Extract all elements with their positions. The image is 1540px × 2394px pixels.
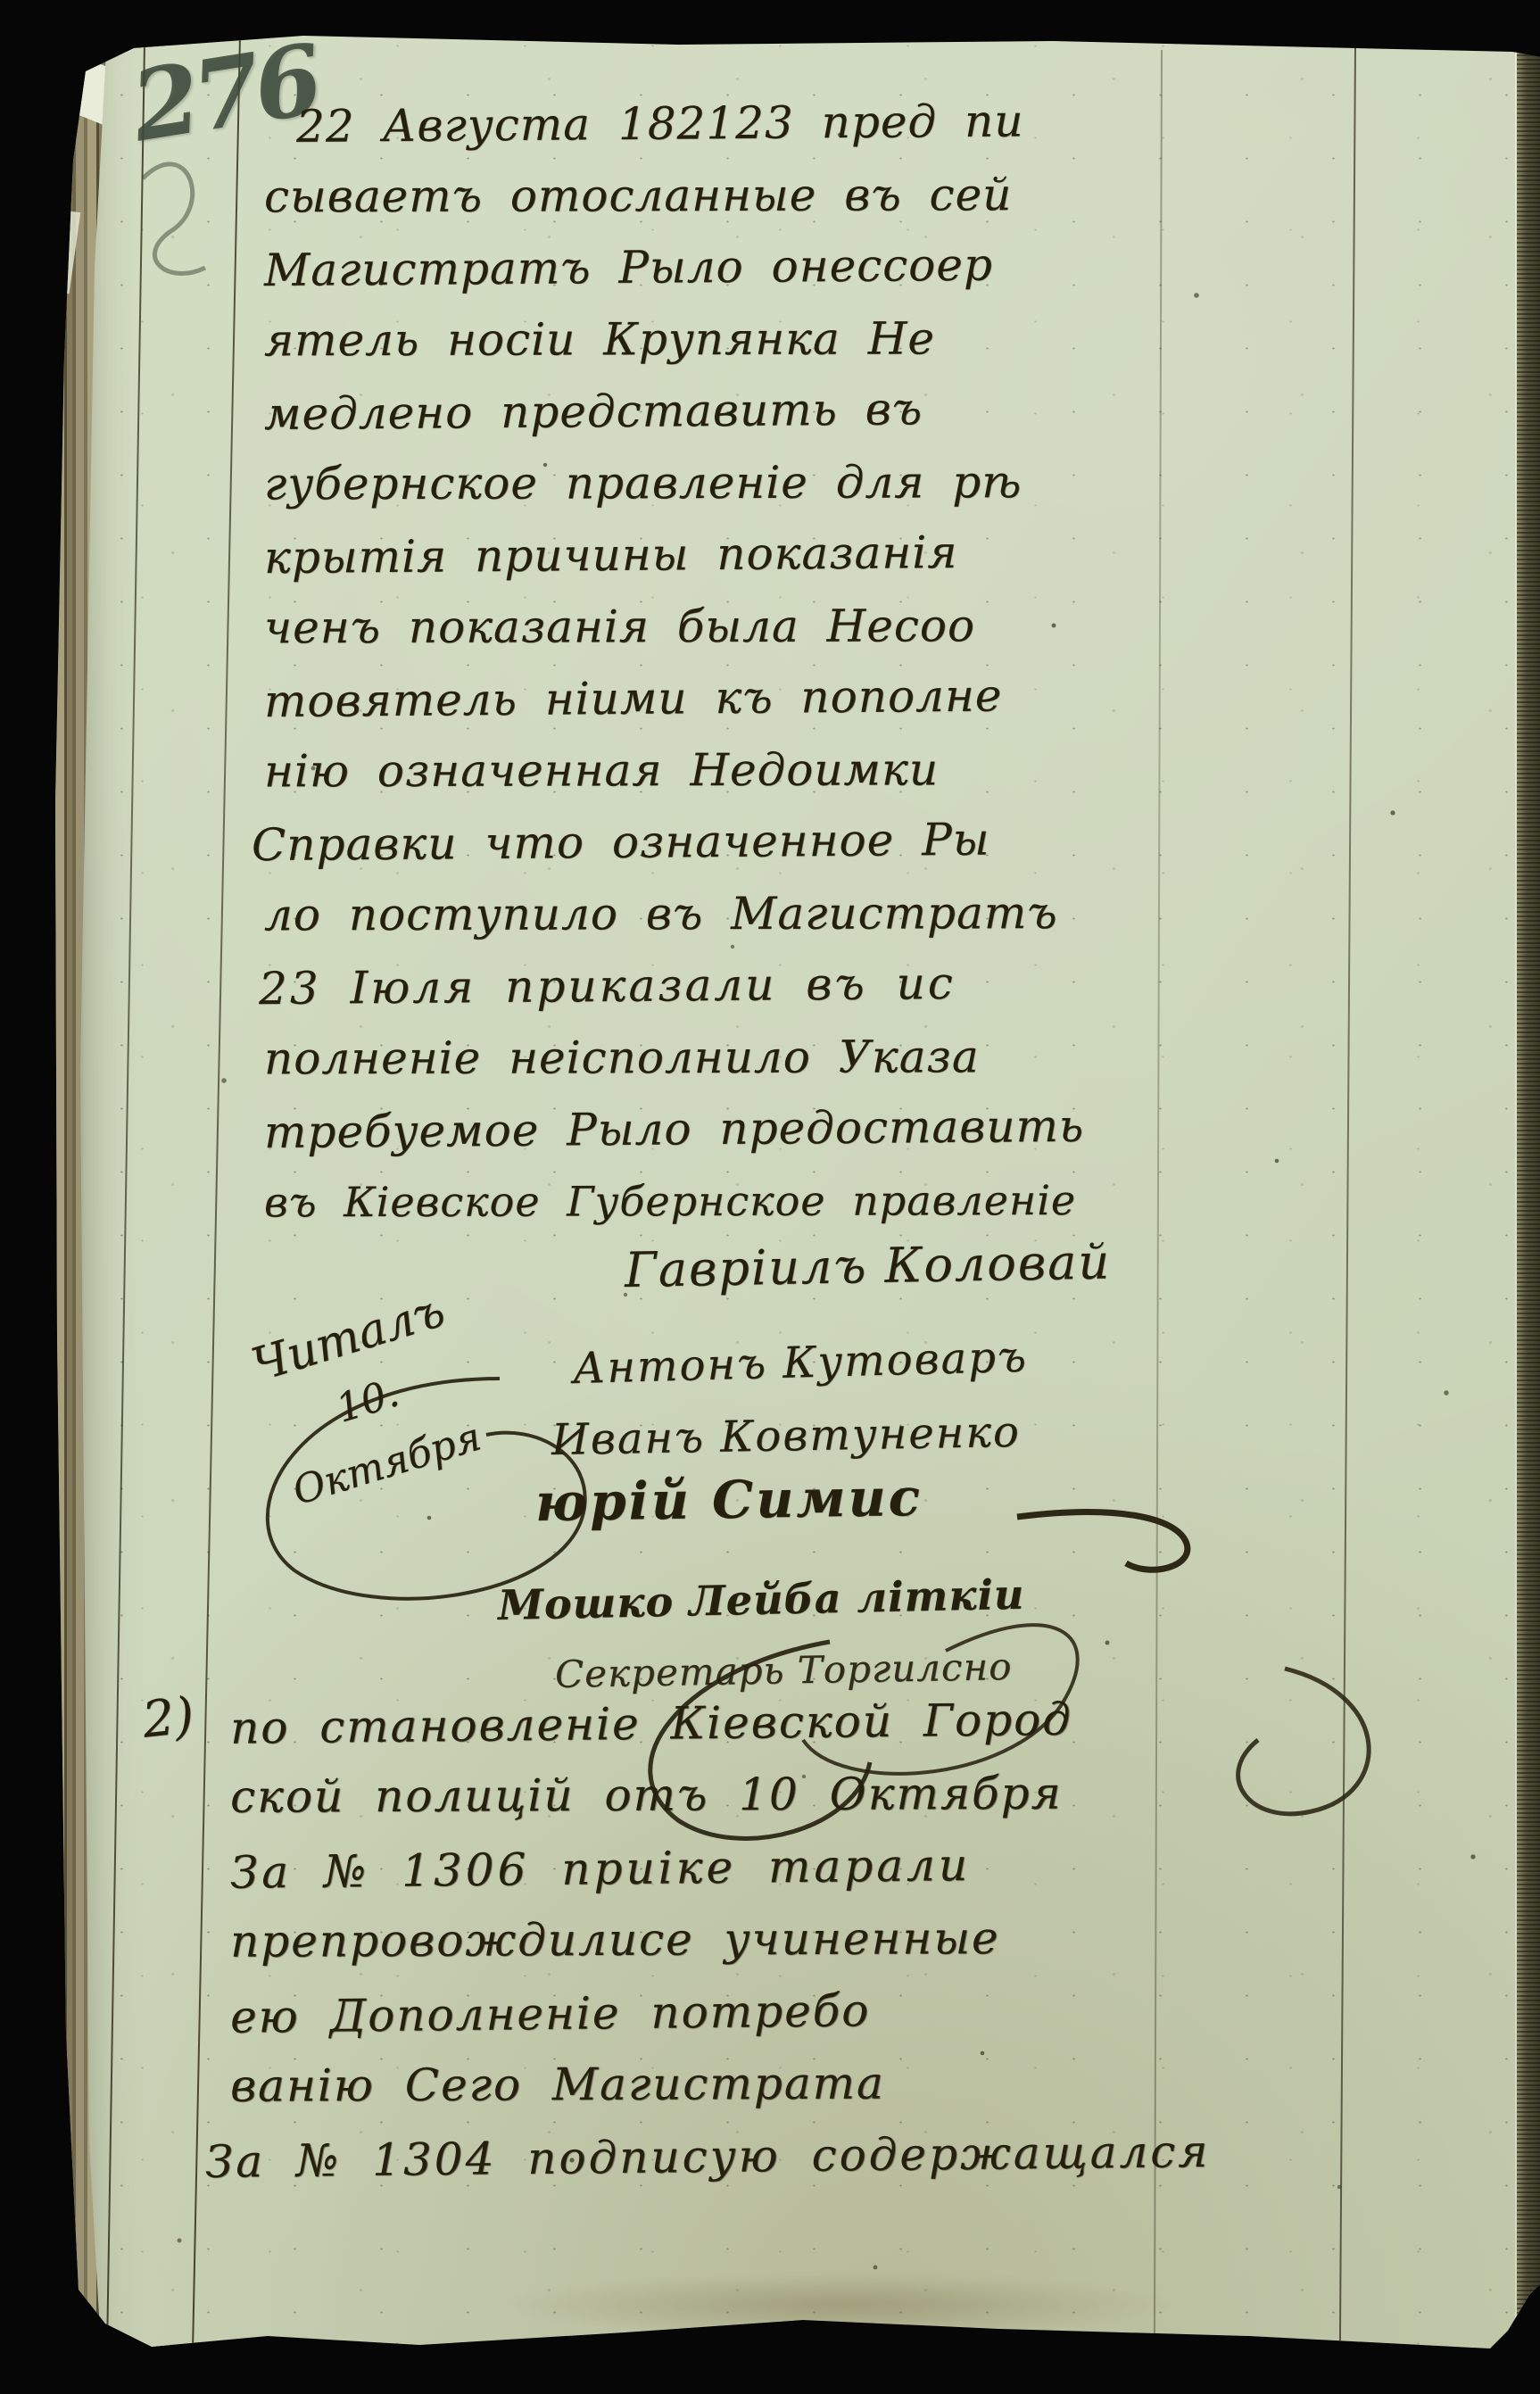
manuscript-line: требуемое Рыло предоставить	[264, 1089, 1184, 1169]
manuscript-line: ченъ показанія была Несоо	[264, 589, 1183, 663]
manuscript-line: крытія причины показанія	[264, 515, 1184, 594]
book-block-edge	[1517, 48, 1540, 2358]
paragraph-item2: по становленіе Кіевской Город ской полиц…	[230, 1686, 1372, 2192]
manuscript-line: 23 Іюля приказали въ ис	[259, 946, 1184, 1025]
manuscript-line: 22 Августа 182123 пред пи	[296, 84, 1184, 162]
manuscript-line: по становленіе Кіевской Город	[230, 1680, 1373, 1764]
manuscript-line: нію означенная Недоимки	[264, 733, 1183, 807]
manuscript-line: въ Кіевское Губернское правленіе	[264, 1164, 1183, 1238]
manuscript-line: ской полицій отъ 10 Октября	[230, 1756, 1372, 1834]
manuscript-line: товятель ніими къ пополне	[264, 659, 1184, 738]
manuscript-line: полненіе неісполнило Указа	[264, 1020, 1183, 1094]
manuscript-line: ванію Сего Магистрата	[230, 2045, 1372, 2123]
signature-line: Иванъ Ковтуненко	[551, 1407, 1022, 1465]
manuscript-line: препровождилисе учиненные	[230, 1901, 1372, 1978]
signature-line: юрій Симис	[535, 1467, 923, 1533]
item2-number: 2)	[140, 1686, 197, 1750]
manuscript-page: 276 22 Августа 182123 пред пи сываетъ от…	[0, 0, 1540, 2394]
photo-background: 276 22 Августа 182123 пред пи сываетъ от…	[0, 0, 1540, 2394]
manuscript-line: ею Дополненіе потребо	[230, 1969, 1373, 2053]
manuscript-line: губернское правленіе для рѣ	[264, 445, 1183, 519]
signature-gavriil: Гавріилъ Коловай	[624, 1233, 1111, 1298]
manuscript-line: медлено представить въ	[264, 371, 1184, 451]
manuscript-line: За № 1306 приіке тарали	[230, 1825, 1373, 1909]
paper-specks	[0, 0, 2, 2]
paper-stain	[500, 2274, 1178, 2336]
manuscript-line: ло поступило въ Магистратъ	[264, 876, 1183, 950]
manuscript-line: сываетъ отосланные въ сей	[264, 158, 1183, 232]
manuscript-line: За № 1304 подписую содержащался	[205, 2114, 1373, 2199]
manuscript-line: Магистратъ Рыло онессоер	[264, 228, 1184, 307]
manuscript-line: Справки что означенное Ры	[252, 802, 1184, 882]
manuscript-line: ятель носіи Крупянка Не	[264, 302, 1183, 376]
paragraph-resolution: 22 Августа 182123 пред пи сываетъ отосла…	[264, 87, 1183, 1237]
